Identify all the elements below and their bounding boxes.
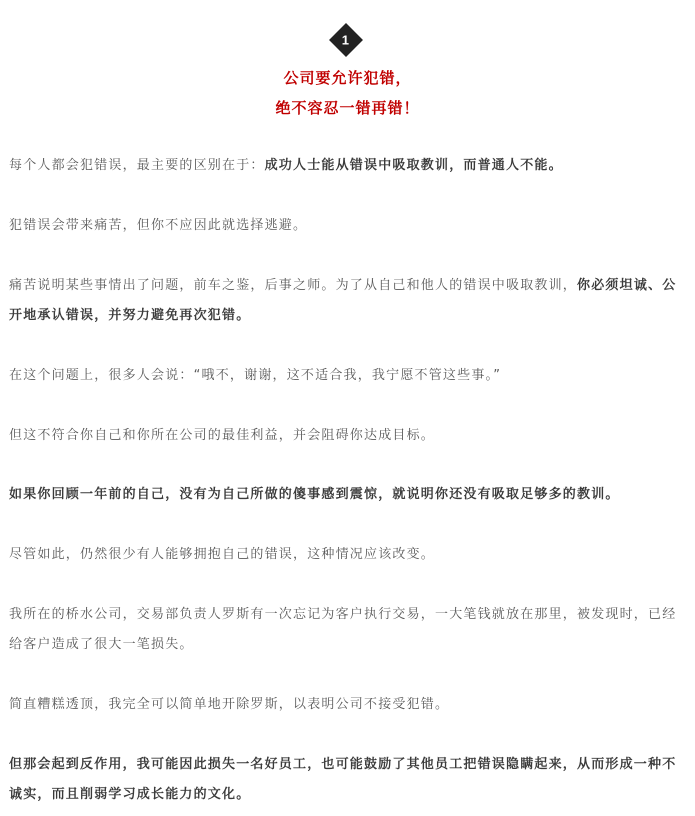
paragraph-text: 在这个问题上，很多人会说：“哦不，谢谢，这不适合我，我宁愿不管这些事。” (9, 368, 501, 383)
paragraph-bold-text: 成功人士能从错误中吸取教训，而普通人不能。 (265, 158, 563, 173)
section-number: 1 (342, 33, 349, 46)
paragraph-text: 我所在的桥水公司，交易部负责人罗斯有一次忘记为客户执行交易，一大笔钱就放在那里，… (9, 607, 676, 652)
paragraph-bold-text: 如果你回顾一年前的自己，没有为自己所做的傻事感到震惊，就说明你还没有吸取足够多的… (9, 487, 620, 502)
paragraph-text: 但这不符合你自己和你所在公司的最佳利益，并会阻碍你达成目标。 (9, 428, 435, 443)
section-number-badge-wrap: 1 (0, 24, 695, 58)
section-title-line-2: 绝不容忍一错再错！ (0, 97, 695, 118)
paragraph: 在这个问题上，很多人会说：“哦不，谢谢，这不适合我，我宁愿不管这些事。” (9, 361, 689, 391)
section-title-line-1: 公司要允许犯错， (0, 67, 695, 88)
diamond-badge-icon: 1 (329, 23, 363, 57)
paragraph: 犯错误会带来痛苦，但你不应因此就选择逃避。 (9, 211, 689, 241)
paragraph: 但这不符合你自己和你所在公司的最佳利益，并会阻碍你达成目标。 (9, 421, 689, 451)
paragraph: 如果你回顾一年前的自己，没有为自己所做的傻事感到震惊，就说明你还没有吸取足够多的… (9, 480, 689, 510)
paragraph: 痛苦说明某些事情出了问题，前车之鉴，后事之师。为了从自己和他人的错误中吸取教训，… (9, 271, 689, 331)
paragraph-text: 痛苦说明某些事情出了问题，前车之鉴，后事之师。为了从自己和他人的错误中吸取教训， (9, 278, 577, 293)
paragraph: 但那会起到反作用，我可能因此损失一名好员工，也可能鼓励了其他员工把错误隐瞒起来，… (9, 750, 689, 810)
paragraph: 每个人都会犯错误，最主要的区别在于：成功人士能从错误中吸取教训，而普通人不能。 (9, 151, 689, 181)
paragraph-text: 犯错误会带来痛苦，但你不应因此就选择逃避。 (9, 218, 307, 233)
article-body: 1 公司要允许犯错， 绝不容忍一错再错！ 每个人都会犯错误，最主要的区别在于：成… (0, 0, 695, 816)
paragraph: 简直糟糕透顶，我完全可以简单地开除罗斯，以表明公司不接受犯错。 (9, 690, 689, 720)
paragraph-text: 每个人都会犯错误，最主要的区别在于： (9, 158, 265, 173)
paragraph-text: 尽管如此，仍然很少有人能够拥抱自己的错误，这种情况应该改变。 (9, 547, 435, 562)
paragraph-text: 简直糟糕透顶，我完全可以简单地开除罗斯，以表明公司不接受犯错。 (9, 697, 449, 712)
paragraph: 尽管如此，仍然很少有人能够拥抱自己的错误，这种情况应该改变。 (9, 540, 689, 570)
paragraph-bold-text: 但那会起到反作用，我可能因此损失一名好员工，也可能鼓励了其他员工把错误隐瞒起来，… (9, 757, 676, 802)
paragraph: 我所在的桥水公司，交易部负责人罗斯有一次忘记为客户执行交易，一大笔钱就放在那里，… (9, 600, 689, 660)
